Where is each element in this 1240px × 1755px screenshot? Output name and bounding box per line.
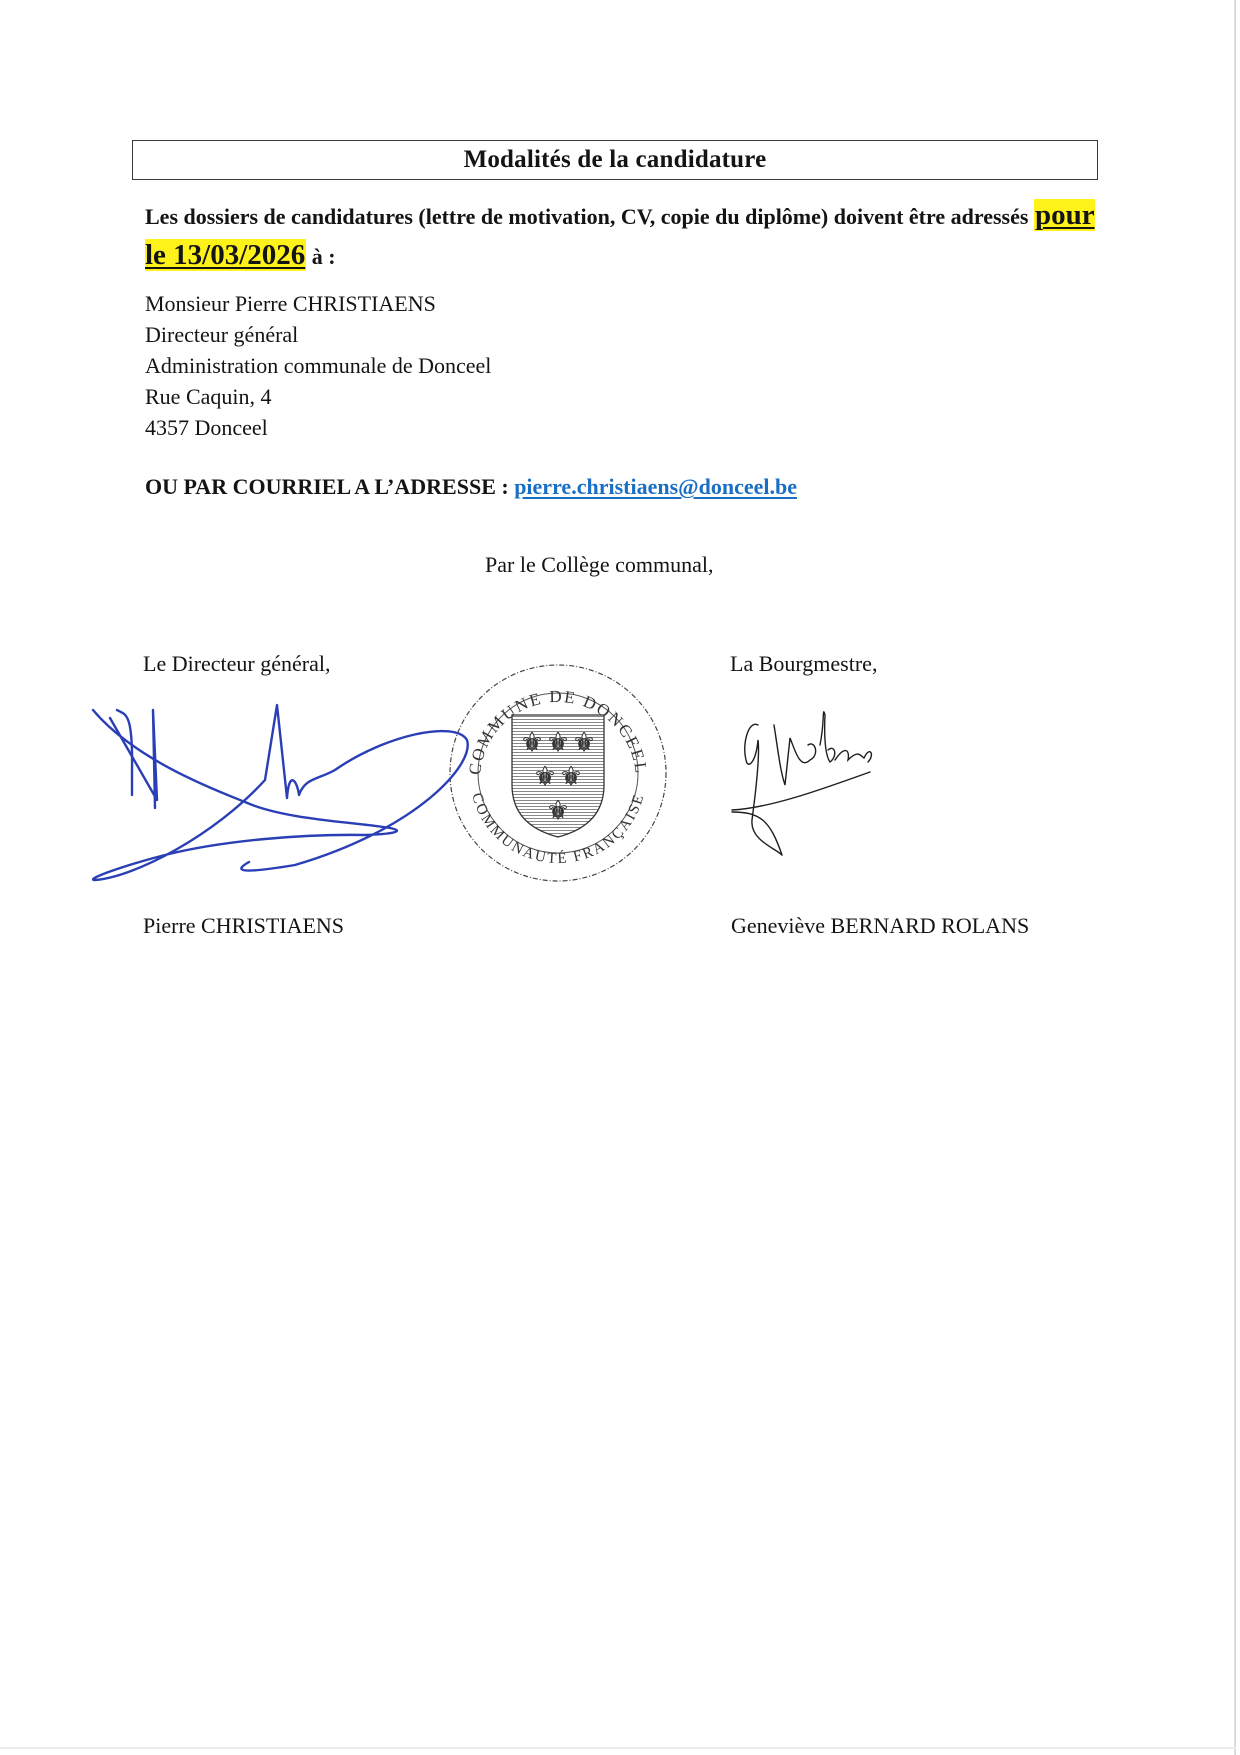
address-line: 4357 Donceel [145, 412, 491, 443]
svg-text:⚜: ⚜ [546, 796, 569, 826]
section-header-box: Modalités de la candidature [132, 140, 1098, 180]
official-stamp-icon: COMMUNE DE DONCEEL COMMUNAUTÉ FRANÇAISE … [440, 655, 675, 890]
email-link[interactable]: pierre.christiaens@donceel.be [514, 474, 797, 499]
svg-text:⚜: ⚜ [559, 762, 582, 792]
scan-edge-bottom [0, 1747, 1236, 1749]
section-title: Modalités de la candidature [464, 146, 767, 174]
address-line: Administration communale de Donceel [145, 350, 491, 381]
director-signature-icon [75, 680, 475, 890]
email-line: OU PAR COURRIEL A L’ADRESSE : pierre.chr… [145, 474, 797, 500]
intro-text-end: à : [306, 244, 335, 269]
intro-text: Les dossiers de candidatures (lettre de … [145, 204, 1034, 229]
svg-text:⚜: ⚜ [572, 728, 595, 758]
left-signatory-title: Le Directeur général, [143, 651, 331, 677]
mayor-signature-icon [730, 700, 930, 860]
svg-text:⚜: ⚜ [533, 762, 556, 792]
right-signatory-title: La Bourgmestre, [730, 651, 877, 677]
address-line: Rue Caquin, 4 [145, 381, 491, 412]
right-signatory-name: Geneviève BERNARD ROLANS [731, 913, 1029, 939]
address-line: Monsieur Pierre CHRISTIAENS [145, 288, 491, 319]
address-line: Directeur général [145, 319, 491, 350]
left-signatory-name: Pierre CHRISTIAENS [143, 913, 344, 939]
svg-text:⚜: ⚜ [546, 728, 569, 758]
scan-edge-right [1234, 0, 1236, 1755]
email-label: OU PAR COURRIEL A L’ADRESSE : [145, 474, 514, 499]
recipient-address: Monsieur Pierre CHRISTIAENS Directeur gé… [145, 288, 491, 443]
svg-text:⚜: ⚜ [520, 728, 543, 758]
intro-paragraph: Les dossiers de candidatures (lettre de … [145, 196, 1095, 276]
college-closing: Par le Collège communal, [485, 552, 714, 578]
